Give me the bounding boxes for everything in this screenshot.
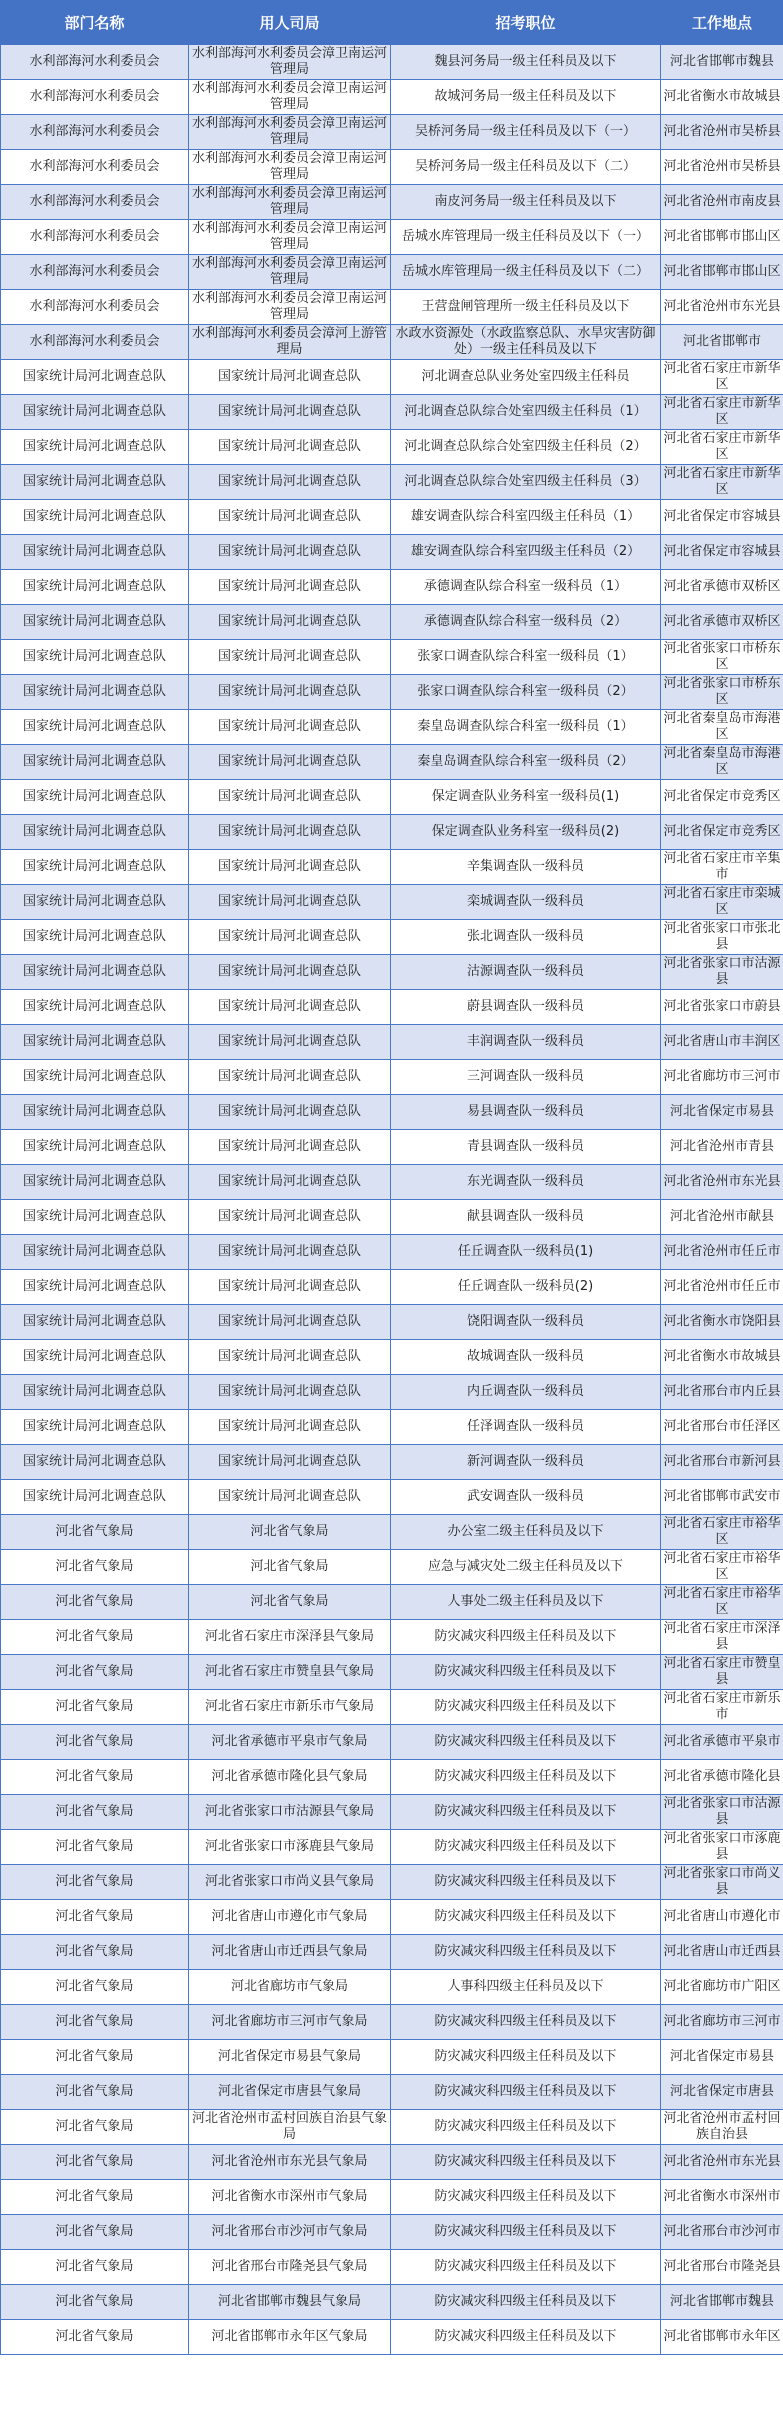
cell-department: 国家统计局河北调查总队 <box>1 360 189 395</box>
cell-hiring-bureau: 国家统计局河北调查总队 <box>189 535 391 570</box>
cell-position: 应急与减灾处二级主任科员及以下 <box>391 1550 661 1585</box>
cell-department: 国家统计局河北调查总队 <box>1 395 189 430</box>
cell-location: 河北省沧州市东光县 <box>661 2145 783 2180</box>
cell-department: 国家统计局河北调查总队 <box>1 710 189 745</box>
cell-location: 河北省廊坊市三河市 <box>661 2005 783 2040</box>
cell-hiring-bureau: 水利部海河水利委员会漳卫南运河管理局 <box>189 255 391 290</box>
cell-position: 河北调查总队业务处室四级主任科员 <box>391 360 661 395</box>
cell-hiring-bureau: 河北省石家庄市新乐市气象局 <box>189 1690 391 1725</box>
table-row: 国家统计局河北调查总队国家统计局河北调查总队蔚县调查队一级科员河北省张家口市蔚县 <box>1 990 783 1025</box>
table-row: 河北省气象局河北省邯郸市永年区气象局防灾减灾科四级主任科员及以下河北省邯郸市永年… <box>1 2320 783 2355</box>
cell-department: 水利部海河水利委员会 <box>1 150 189 185</box>
cell-position: 蔚县调查队一级科员 <box>391 990 661 1025</box>
cell-position: 防灾减灾科四级主任科员及以下 <box>391 2040 661 2075</box>
cell-hiring-bureau: 河北省邯郸市永年区气象局 <box>189 2320 391 2355</box>
cell-position: 防灾减灾科四级主任科员及以下 <box>391 1725 661 1760</box>
cell-location: 河北省沧州市孟村回族自治县 <box>661 2110 783 2145</box>
cell-department: 河北省气象局 <box>1 2180 189 2215</box>
cell-department: 国家统计局河北调查总队 <box>1 1270 189 1305</box>
cell-hiring-bureau: 国家统计局河北调查总队 <box>189 500 391 535</box>
cell-department: 国家统计局河北调查总队 <box>1 1025 189 1060</box>
cell-position: 防灾减灾科四级主任科员及以下 <box>391 2285 661 2320</box>
table-row: 国家统计局河北调查总队国家统计局河北调查总队沽源调查队一级科员河北省张家口市沽源… <box>1 955 783 990</box>
cell-department: 河北省气象局 <box>1 2110 189 2145</box>
table-row: 河北省气象局河北省张家口市沽源县气象局防灾减灾科四级主任科员及以下河北省张家口市… <box>1 1795 783 1830</box>
cell-department: 国家统计局河北调查总队 <box>1 1235 189 1270</box>
table-row: 国家统计局河北调查总队国家统计局河北调查总队故城调查队一级科员河北省衡水市故城县 <box>1 1340 783 1375</box>
cell-position: 雄安调查队综合科室四级主任科员（1） <box>391 500 661 535</box>
cell-location: 河北省衡水市故城县 <box>661 1340 783 1375</box>
cell-hiring-bureau: 国家统计局河北调查总队 <box>189 1340 391 1375</box>
cell-department: 国家统计局河北调查总队 <box>1 990 189 1025</box>
cell-location: 河北省保定市容城县 <box>661 500 783 535</box>
cell-position: 保定调查队业务科室一级科员(1) <box>391 780 661 815</box>
cell-department: 河北省气象局 <box>1 1655 189 1690</box>
cell-hiring-bureau: 国家统计局河北调查总队 <box>189 640 391 675</box>
cell-hiring-bureau: 国家统计局河北调查总队 <box>189 1375 391 1410</box>
cell-location: 河北省张家口市蔚县 <box>661 990 783 1025</box>
cell-location: 河北省承德市双桥区 <box>661 605 783 640</box>
table-row: 国家统计局河北调查总队国家统计局河北调查总队河北调查总队综合处室四级主任科员（1… <box>1 395 783 430</box>
cell-position: 吴桥河务局一级主任科员及以下（二） <box>391 150 661 185</box>
cell-department: 河北省气象局 <box>1 1760 189 1795</box>
cell-department: 国家统计局河北调查总队 <box>1 780 189 815</box>
cell-position: 水政水资源处（水政监察总队、水旱灾害防御处）一级主任科员及以下 <box>391 325 661 360</box>
cell-location: 河北省张家口市尚义县 <box>661 1865 783 1900</box>
table-row: 河北省气象局河北省沧州市孟村回族自治县气象局防灾减灾科四级主任科员及以下河北省沧… <box>1 2110 783 2145</box>
cell-department: 国家统计局河北调查总队 <box>1 1165 189 1200</box>
table-row: 水利部海河水利委员会水利部海河水利委员会漳卫南运河管理局魏县河务局一级主任科员及… <box>1 45 783 80</box>
header-hiring-bureau: 用人司局 <box>189 1 391 45</box>
table-row: 河北省气象局河北省邢台市沙河市气象局防灾减灾科四级主任科员及以下河北省邢台市沙河… <box>1 2215 783 2250</box>
table-row: 国家统计局河北调查总队国家统计局河北调查总队任丘调查队一级科员(2)河北省沧州市… <box>1 1270 783 1305</box>
cell-position: 防灾减灾科四级主任科员及以下 <box>391 2215 661 2250</box>
table-row: 国家统计局河北调查总队国家统计局河北调查总队秦皇岛调查队综合科室一级科员（1）河… <box>1 710 783 745</box>
cell-hiring-bureau: 河北省石家庄市赞皇县气象局 <box>189 1655 391 1690</box>
cell-hiring-bureau: 河北省廊坊市三河市气象局 <box>189 2005 391 2040</box>
cell-position: 承德调查队综合科室一级科员（1） <box>391 570 661 605</box>
cell-department: 国家统计局河北调查总队 <box>1 1480 189 1515</box>
cell-location: 河北省邯郸市 <box>661 325 783 360</box>
cell-department: 国家统计局河北调查总队 <box>1 955 189 990</box>
cell-hiring-bureau: 河北省张家口市沽源县气象局 <box>189 1795 391 1830</box>
cell-position: 张北调查队一级科员 <box>391 920 661 955</box>
cell-position: 丰润调查队一级科员 <box>391 1025 661 1060</box>
table-row: 河北省气象局河北省邯郸市魏县气象局防灾减灾科四级主任科员及以下河北省邯郸市魏县 <box>1 2285 783 2320</box>
cell-location: 河北省沧州市任丘市 <box>661 1235 783 1270</box>
cell-position: 张家口调查队综合科室一级科员（2） <box>391 675 661 710</box>
cell-location: 河北省石家庄市深泽县 <box>661 1620 783 1655</box>
table-row: 河北省气象局河北省唐山市遵化市气象局防灾减灾科四级主任科员及以下河北省唐山市遵化… <box>1 1900 783 1935</box>
table-row: 河北省气象局河北省邢台市隆尧县气象局防灾减灾科四级主任科员及以下河北省邢台市隆尧… <box>1 2250 783 2285</box>
cell-position: 雄安调查队综合科室四级主任科员（2） <box>391 535 661 570</box>
cell-hiring-bureau: 水利部海河水利委员会漳卫南运河管理局 <box>189 220 391 255</box>
cell-hiring-bureau: 国家统计局河北调查总队 <box>189 920 391 955</box>
cell-hiring-bureau: 河北省唐山市遵化市气象局 <box>189 1900 391 1935</box>
cell-hiring-bureau: 国家统计局河北调查总队 <box>189 1305 391 1340</box>
cell-location: 河北省保定市容城县 <box>661 535 783 570</box>
table-row: 国家统计局河北调查总队国家统计局河北调查总队雄安调查队综合科室四级主任科员（2）… <box>1 535 783 570</box>
cell-department: 国家统计局河北调查总队 <box>1 535 189 570</box>
table-row: 河北省气象局河北省衡水市深州市气象局防灾减灾科四级主任科员及以下河北省衡水市深州… <box>1 2180 783 2215</box>
table-row: 国家统计局河北调查总队国家统计局河北调查总队青县调查队一级科员河北省沧州市青县 <box>1 1130 783 1165</box>
cell-hiring-bureau: 国家统计局河北调查总队 <box>189 1410 391 1445</box>
table-row: 国家统计局河北调查总队国家统计局河北调查总队秦皇岛调查队综合科室一级科员（2）河… <box>1 745 783 780</box>
cell-department: 水利部海河水利委员会 <box>1 255 189 290</box>
job-positions-table: 部门名称 用人司局 招考职位 工作地点 水利部海河水利委员会水利部海河水利委员会… <box>0 0 783 2355</box>
cell-position: 易县调查队一级科员 <box>391 1095 661 1130</box>
cell-location: 河北省保定市竞秀区 <box>661 815 783 850</box>
cell-location: 河北省石家庄市裕华区 <box>661 1585 783 1620</box>
cell-position: 新河调查队一级科员 <box>391 1445 661 1480</box>
cell-location: 河北省廊坊市三河市 <box>661 1060 783 1095</box>
cell-department: 河北省气象局 <box>1 2075 189 2110</box>
cell-location: 河北省石家庄市裕华区 <box>661 1550 783 1585</box>
table-row: 河北省气象局河北省石家庄市赞皇县气象局防灾减灾科四级主任科员及以下河北省石家庄市… <box>1 1655 783 1690</box>
cell-department: 河北省气象局 <box>1 1830 189 1865</box>
cell-hiring-bureau: 河北省保定市唐县气象局 <box>189 2075 391 2110</box>
cell-location: 河北省邢台市内丘县 <box>661 1375 783 1410</box>
cell-location: 河北省张家口市桥东区 <box>661 675 783 710</box>
cell-location: 河北省邯郸市邯山区 <box>661 255 783 290</box>
cell-hiring-bureau: 河北省张家口市涿鹿县气象局 <box>189 1830 391 1865</box>
cell-location: 河北省张家口市涿鹿县 <box>661 1830 783 1865</box>
table-row: 河北省气象局河北省石家庄市新乐市气象局防灾减灾科四级主任科员及以下河北省石家庄市… <box>1 1690 783 1725</box>
cell-position: 人事科四级主任科员及以下 <box>391 1970 661 2005</box>
cell-hiring-bureau: 河北省沧州市孟村回族自治县气象局 <box>189 2110 391 2145</box>
cell-department: 国家统计局河北调查总队 <box>1 1095 189 1130</box>
cell-position: 献县调查队一级科员 <box>391 1200 661 1235</box>
cell-position: 河北调查总队综合处室四级主任科员（3） <box>391 465 661 500</box>
cell-department: 水利部海河水利委员会 <box>1 45 189 80</box>
cell-position: 饶阳调查队一级科员 <box>391 1305 661 1340</box>
cell-location: 河北省石家庄市栾城区 <box>661 885 783 920</box>
cell-location: 河北省张家口市沽源县 <box>661 1795 783 1830</box>
cell-position: 沽源调查队一级科员 <box>391 955 661 990</box>
cell-position: 防灾减灾科四级主任科员及以下 <box>391 1690 661 1725</box>
cell-location: 河北省秦皇岛市海港区 <box>661 745 783 780</box>
cell-department: 国家统计局河北调查总队 <box>1 885 189 920</box>
cell-department: 水利部海河水利委员会 <box>1 290 189 325</box>
cell-hiring-bureau: 国家统计局河北调查总队 <box>189 1235 391 1270</box>
cell-location: 河北省石家庄市新华区 <box>661 395 783 430</box>
cell-location: 河北省唐山市丰润区 <box>661 1025 783 1060</box>
cell-location: 河北省邯郸市永年区 <box>661 2320 783 2355</box>
cell-position: 防灾减灾科四级主任科员及以下 <box>391 2180 661 2215</box>
cell-position: 防灾减灾科四级主任科员及以下 <box>391 1620 661 1655</box>
cell-position: 防灾减灾科四级主任科员及以下 <box>391 1900 661 1935</box>
cell-hiring-bureau: 国家统计局河北调查总队 <box>189 990 391 1025</box>
cell-location: 河北省张家口市沽源县 <box>661 955 783 990</box>
table-row: 国家统计局河北调查总队国家统计局河北调查总队东光调查队一级科员河北省沧州市东光县 <box>1 1165 783 1200</box>
cell-department: 河北省气象局 <box>1 2040 189 2075</box>
cell-position: 三河调查队一级科员 <box>391 1060 661 1095</box>
table-row: 国家统计局河北调查总队国家统计局河北调查总队丰润调查队一级科员河北省唐山市丰润区 <box>1 1025 783 1060</box>
cell-location: 河北省承德市平泉市 <box>661 1725 783 1760</box>
cell-position: 魏县河务局一级主任科员及以下 <box>391 45 661 80</box>
cell-department: 水利部海河水利委员会 <box>1 220 189 255</box>
cell-location: 河北省石家庄市赞皇县 <box>661 1655 783 1690</box>
table-row: 水利部海河水利委员会水利部海河水利委员会漳卫南运河管理局南皮河务局一级主任科员及… <box>1 185 783 220</box>
cell-department: 水利部海河水利委员会 <box>1 185 189 220</box>
cell-hiring-bureau: 河北省张家口市尚义县气象局 <box>189 1865 391 1900</box>
cell-hiring-bureau: 国家统计局河北调查总队 <box>189 605 391 640</box>
cell-hiring-bureau: 国家统计局河北调查总队 <box>189 1130 391 1165</box>
cell-department: 河北省气象局 <box>1 1900 189 1935</box>
cell-position: 武安调查队一级科员 <box>391 1480 661 1515</box>
cell-department: 国家统计局河北调查总队 <box>1 570 189 605</box>
table-row: 河北省气象局河北省廊坊市气象局人事科四级主任科员及以下河北省廊坊市广阳区 <box>1 1970 783 2005</box>
cell-location: 河北省石家庄市裕华区 <box>661 1515 783 1550</box>
table-row: 国家统计局河北调查总队国家统计局河北调查总队任泽调查队一级科员河北省邢台市任泽区 <box>1 1410 783 1445</box>
table-row: 河北省气象局河北省沧州市东光县气象局防灾减灾科四级主任科员及以下河北省沧州市东光… <box>1 2145 783 2180</box>
cell-position: 南皮河务局一级主任科员及以下 <box>391 185 661 220</box>
table-row: 河北省气象局河北省保定市唐县气象局防灾减灾科四级主任科员及以下河北省保定市唐县 <box>1 2075 783 2110</box>
cell-position: 秦皇岛调查队综合科室一级科员（2） <box>391 745 661 780</box>
cell-location: 河北省邯郸市魏县 <box>661 45 783 80</box>
table-row: 水利部海河水利委员会水利部海河水利委员会漳卫南运河管理局王营盘闸管理所一级主任科… <box>1 290 783 325</box>
cell-hiring-bureau: 国家统计局河北调查总队 <box>189 1270 391 1305</box>
cell-location: 河北省邢台市隆尧县 <box>661 2250 783 2285</box>
cell-department: 河北省气象局 <box>1 1585 189 1620</box>
cell-department: 国家统计局河北调查总队 <box>1 465 189 500</box>
table-row: 国家统计局河北调查总队国家统计局河北调查总队张家口调查队综合科室一级科员（2）河… <box>1 675 783 710</box>
cell-hiring-bureau: 河北省沧州市东光县气象局 <box>189 2145 391 2180</box>
cell-hiring-bureau: 国家统计局河北调查总队 <box>189 885 391 920</box>
table-row: 国家统计局河北调查总队国家统计局河北调查总队承德调查队综合科室一级科员（1）河北… <box>1 570 783 605</box>
cell-department: 国家统计局河北调查总队 <box>1 815 189 850</box>
cell-department: 国家统计局河北调查总队 <box>1 675 189 710</box>
cell-location: 河北省廊坊市广阳区 <box>661 1970 783 2005</box>
table-row: 国家统计局河北调查总队国家统计局河北调查总队河北调查总队业务处室四级主任科员河北… <box>1 360 783 395</box>
cell-department: 水利部海河水利委员会 <box>1 325 189 360</box>
cell-location: 河北省邢台市新河县 <box>661 1445 783 1480</box>
cell-department: 国家统计局河北调查总队 <box>1 1410 189 1445</box>
cell-hiring-bureau: 国家统计局河北调查总队 <box>189 815 391 850</box>
cell-location: 河北省保定市易县 <box>661 1095 783 1130</box>
table-row: 国家统计局河北调查总队国家统计局河北调查总队河北调查总队综合处室四级主任科员（3… <box>1 465 783 500</box>
table-row: 国家统计局河北调查总队国家统计局河北调查总队饶阳调查队一级科员河北省衡水市饶阳县 <box>1 1305 783 1340</box>
cell-position: 张家口调查队综合科室一级科员（1） <box>391 640 661 675</box>
cell-position: 故城河务局一级主任科员及以下 <box>391 80 661 115</box>
cell-location: 河北省邢台市任泽区 <box>661 1410 783 1445</box>
cell-department: 水利部海河水利委员会 <box>1 115 189 150</box>
cell-position: 东光调查队一级科员 <box>391 1165 661 1200</box>
table-row: 国家统计局河北调查总队国家统计局河北调查总队保定调查队业务科室一级科员(1)河北… <box>1 780 783 815</box>
cell-location: 河北省石家庄市新华区 <box>661 465 783 500</box>
cell-location: 河北省承德市隆化县 <box>661 1760 783 1795</box>
cell-position: 防灾减灾科四级主任科员及以下 <box>391 1760 661 1795</box>
cell-department: 河北省气象局 <box>1 1515 189 1550</box>
table-row: 水利部海河水利委员会水利部海河水利委员会漳卫南运河管理局岳城水库管理局一级主任科… <box>1 220 783 255</box>
table-row: 国家统计局河北调查总队国家统计局河北调查总队栾城调查队一级科员河北省石家庄市栾城… <box>1 885 783 920</box>
cell-position: 防灾减灾科四级主任科员及以下 <box>391 2145 661 2180</box>
table-row: 国家统计局河北调查总队国家统计局河北调查总队武安调查队一级科员河北省邯郸市武安市 <box>1 1480 783 1515</box>
cell-hiring-bureau: 国家统计局河北调查总队 <box>189 395 391 430</box>
cell-department: 河北省气象局 <box>1 2320 189 2355</box>
cell-position: 防灾减灾科四级主任科员及以下 <box>391 2075 661 2110</box>
cell-hiring-bureau: 河北省唐山市迁西县气象局 <box>189 1935 391 1970</box>
cell-position: 河北调查总队综合处室四级主任科员（2） <box>391 430 661 465</box>
cell-location: 河北省保定市唐县 <box>661 2075 783 2110</box>
table-row: 国家统计局河北调查总队国家统计局河北调查总队保定调查队业务科室一级科员(2)河北… <box>1 815 783 850</box>
cell-hiring-bureau: 河北省邢台市隆尧县气象局 <box>189 2250 391 2285</box>
cell-department: 国家统计局河北调查总队 <box>1 1130 189 1165</box>
table-row: 河北省气象局河北省张家口市尚义县气象局防灾减灾科四级主任科员及以下河北省张家口市… <box>1 1865 783 1900</box>
cell-position: 防灾减灾科四级主任科员及以下 <box>391 1935 661 1970</box>
cell-department: 河北省气象局 <box>1 1725 189 1760</box>
cell-department: 河北省气象局 <box>1 1865 189 1900</box>
cell-location: 河北省保定市易县 <box>661 2040 783 2075</box>
cell-hiring-bureau: 国家统计局河北调查总队 <box>189 1060 391 1095</box>
cell-hiring-bureau: 水利部海河水利委员会漳卫南运河管理局 <box>189 45 391 80</box>
cell-department: 河北省气象局 <box>1 1795 189 1830</box>
cell-department: 河北省气象局 <box>1 2285 189 2320</box>
cell-location: 河北省邢台市沙河市 <box>661 2215 783 2250</box>
cell-position: 内丘调查队一级科员 <box>391 1375 661 1410</box>
cell-department: 国家统计局河北调查总队 <box>1 1200 189 1235</box>
cell-position: 任丘调查队一级科员(2) <box>391 1270 661 1305</box>
cell-hiring-bureau: 国家统计局河北调查总队 <box>189 465 391 500</box>
cell-position: 防灾减灾科四级主任科员及以下 <box>391 1865 661 1900</box>
header-department: 部门名称 <box>1 1 189 45</box>
cell-location: 河北省石家庄市新华区 <box>661 430 783 465</box>
table-row: 河北省气象局河北省气象局人事处二级主任科员及以下河北省石家庄市裕华区 <box>1 1585 783 1620</box>
cell-position: 青县调查队一级科员 <box>391 1130 661 1165</box>
table-row: 水利部海河水利委员会水利部海河水利委员会漳卫南运河管理局故城河务局一级主任科员及… <box>1 80 783 115</box>
cell-department: 水利部海河水利委员会 <box>1 80 189 115</box>
cell-location: 河北省石家庄市新乐市 <box>661 1690 783 1725</box>
cell-position: 栾城调查队一级科员 <box>391 885 661 920</box>
cell-hiring-bureau: 河北省保定市易县气象局 <box>189 2040 391 2075</box>
table-row: 国家统计局河北调查总队国家统计局河北调查总队雄安调查队综合科室四级主任科员（1）… <box>1 500 783 535</box>
cell-hiring-bureau: 河北省邢台市沙河市气象局 <box>189 2215 391 2250</box>
cell-position: 秦皇岛调查队综合科室一级科员（1） <box>391 710 661 745</box>
cell-hiring-bureau: 水利部海河水利委员会漳卫南运河管理局 <box>189 290 391 325</box>
cell-location: 河北省秦皇岛市海港区 <box>661 710 783 745</box>
cell-location: 河北省沧州市献县 <box>661 1200 783 1235</box>
header-location: 工作地点 <box>661 1 783 45</box>
cell-position: 承德调查队综合科室一级科员（2） <box>391 605 661 640</box>
cell-location: 河北省石家庄市辛集市 <box>661 850 783 885</box>
cell-department: 河北省气象局 <box>1 1970 189 2005</box>
cell-department: 国家统计局河北调查总队 <box>1 1305 189 1340</box>
cell-position: 防灾减灾科四级主任科员及以下 <box>391 2250 661 2285</box>
table-row: 河北省气象局河北省廊坊市三河市气象局防灾减灾科四级主任科员及以下河北省廊坊市三河… <box>1 2005 783 2040</box>
cell-hiring-bureau: 河北省气象局 <box>189 1585 391 1620</box>
cell-hiring-bureau: 河北省邯郸市魏县气象局 <box>189 2285 391 2320</box>
cell-department: 河北省气象局 <box>1 1690 189 1725</box>
cell-department: 河北省气象局 <box>1 2215 189 2250</box>
cell-position: 故城调查队一级科员 <box>391 1340 661 1375</box>
cell-hiring-bureau: 河北省廊坊市气象局 <box>189 1970 391 2005</box>
cell-location: 河北省沧州市吴桥县 <box>661 150 783 185</box>
table-row: 国家统计局河北调查总队国家统计局河北调查总队新河调查队一级科员河北省邢台市新河县 <box>1 1445 783 1480</box>
cell-hiring-bureau: 国家统计局河北调查总队 <box>189 360 391 395</box>
cell-hiring-bureau: 河北省石家庄市深泽县气象局 <box>189 1620 391 1655</box>
table-row: 国家统计局河北调查总队国家统计局河北调查总队承德调查队综合科室一级科员（2）河北… <box>1 605 783 640</box>
cell-department: 国家统计局河北调查总队 <box>1 500 189 535</box>
cell-department: 河北省气象局 <box>1 2005 189 2040</box>
cell-hiring-bureau: 国家统计局河北调查总队 <box>189 1445 391 1480</box>
cell-position: 吴桥河务局一级主任科员及以下（一） <box>391 115 661 150</box>
cell-location: 河北省沧州市任丘市 <box>661 1270 783 1305</box>
cell-location: 河北省沧州市东光县 <box>661 290 783 325</box>
cell-hiring-bureau: 河北省气象局 <box>189 1515 391 1550</box>
cell-hiring-bureau: 水利部海河水利委员会漳卫南运河管理局 <box>189 150 391 185</box>
cell-department: 国家统计局河北调查总队 <box>1 850 189 885</box>
cell-hiring-bureau: 国家统计局河北调查总队 <box>189 1165 391 1200</box>
table-row: 河北省气象局河北省石家庄市深泽县气象局防灾减灾科四级主任科员及以下河北省石家庄市… <box>1 1620 783 1655</box>
cell-position: 防灾减灾科四级主任科员及以下 <box>391 2005 661 2040</box>
table-row: 河北省气象局河北省承德市隆化县气象局防灾减灾科四级主任科员及以下河北省承德市隆化… <box>1 1760 783 1795</box>
cell-location: 河北省唐山市迁西县 <box>661 1935 783 1970</box>
cell-location: 河北省沧州市青县 <box>661 1130 783 1165</box>
cell-position: 王营盘闸管理所一级主任科员及以下 <box>391 290 661 325</box>
cell-position: 防灾减灾科四级主任科员及以下 <box>391 1655 661 1690</box>
cell-hiring-bureau: 国家统计局河北调查总队 <box>189 850 391 885</box>
cell-department: 国家统计局河北调查总队 <box>1 640 189 675</box>
cell-hiring-bureau: 国家统计局河北调查总队 <box>189 1200 391 1235</box>
cell-position: 辛集调查队一级科员 <box>391 850 661 885</box>
table-row: 河北省气象局河北省张家口市涿鹿县气象局防灾减灾科四级主任科员及以下河北省张家口市… <box>1 1830 783 1865</box>
cell-location: 河北省沧州市东光县 <box>661 1165 783 1200</box>
cell-hiring-bureau: 水利部海河水利委员会漳卫南运河管理局 <box>189 115 391 150</box>
table-row: 国家统计局河北调查总队国家统计局河北调查总队张北调查队一级科员河北省张家口市张北… <box>1 920 783 955</box>
cell-hiring-bureau: 河北省承德市平泉市气象局 <box>189 1725 391 1760</box>
cell-position: 岳城水库管理局一级主任科员及以下（一） <box>391 220 661 255</box>
cell-location: 河北省衡水市故城县 <box>661 80 783 115</box>
cell-hiring-bureau: 国家统计局河北调查总队 <box>189 1025 391 1060</box>
header-row: 部门名称 用人司局 招考职位 工作地点 <box>1 1 783 45</box>
table-row: 国家统计局河北调查总队国家统计局河北调查总队易县调查队一级科员河北省保定市易县 <box>1 1095 783 1130</box>
cell-position: 防灾减灾科四级主任科员及以下 <box>391 1795 661 1830</box>
table-row: 国家统计局河北调查总队国家统计局河北调查总队献县调查队一级科员河北省沧州市献县 <box>1 1200 783 1235</box>
cell-hiring-bureau: 水利部海河水利委员会漳河上游管理局 <box>189 325 391 360</box>
cell-position: 人事处二级主任科员及以下 <box>391 1585 661 1620</box>
cell-location: 河北省石家庄市新华区 <box>661 360 783 395</box>
table-row: 国家统计局河北调查总队国家统计局河北调查总队内丘调查队一级科员河北省邢台市内丘县 <box>1 1375 783 1410</box>
cell-department: 河北省气象局 <box>1 2250 189 2285</box>
cell-hiring-bureau: 国家统计局河北调查总队 <box>189 780 391 815</box>
cell-hiring-bureau: 国家统计局河北调查总队 <box>189 1095 391 1130</box>
table-row: 河北省气象局河北省唐山市迁西县气象局防灾减灾科四级主任科员及以下河北省唐山市迁西… <box>1 1935 783 1970</box>
cell-department: 河北省气象局 <box>1 1935 189 1970</box>
cell-department: 国家统计局河北调查总队 <box>1 430 189 465</box>
header-position: 招考职位 <box>391 1 661 45</box>
cell-position: 保定调查队业务科室一级科员(2) <box>391 815 661 850</box>
cell-position: 任丘调查队一级科员(1) <box>391 1235 661 1270</box>
table-row: 河北省气象局河北省气象局办公室二级主任科员及以下河北省石家庄市裕华区 <box>1 1515 783 1550</box>
cell-location: 河北省张家口市张北县 <box>661 920 783 955</box>
table-row: 河北省气象局河北省保定市易县气象局防灾减灾科四级主任科员及以下河北省保定市易县 <box>1 2040 783 2075</box>
table-row: 水利部海河水利委员会水利部海河水利委员会漳卫南运河管理局吴桥河务局一级主任科员及… <box>1 115 783 150</box>
cell-hiring-bureau: 河北省衡水市深州市气象局 <box>189 2180 391 2215</box>
cell-location: 河北省衡水市深州市 <box>661 2180 783 2215</box>
cell-hiring-bureau: 国家统计局河北调查总队 <box>189 710 391 745</box>
cell-hiring-bureau: 国家统计局河北调查总队 <box>189 745 391 780</box>
table-row: 水利部海河水利委员会水利部海河水利委员会漳河上游管理局水政水资源处（水政监察总队… <box>1 325 783 360</box>
cell-location: 河北省张家口市桥东区 <box>661 640 783 675</box>
cell-department: 国家统计局河北调查总队 <box>1 1375 189 1410</box>
cell-department: 国家统计局河北调查总队 <box>1 1340 189 1375</box>
cell-department: 国家统计局河北调查总队 <box>1 1060 189 1095</box>
cell-hiring-bureau: 水利部海河水利委员会漳卫南运河管理局 <box>189 80 391 115</box>
table-row: 国家统计局河北调查总队国家统计局河北调查总队任丘调查队一级科员(1)河北省沧州市… <box>1 1235 783 1270</box>
cell-department: 国家统计局河北调查总队 <box>1 605 189 640</box>
cell-department: 河北省气象局 <box>1 2145 189 2180</box>
table-row: 水利部海河水利委员会水利部海河水利委员会漳卫南运河管理局岳城水库管理局一级主任科… <box>1 255 783 290</box>
